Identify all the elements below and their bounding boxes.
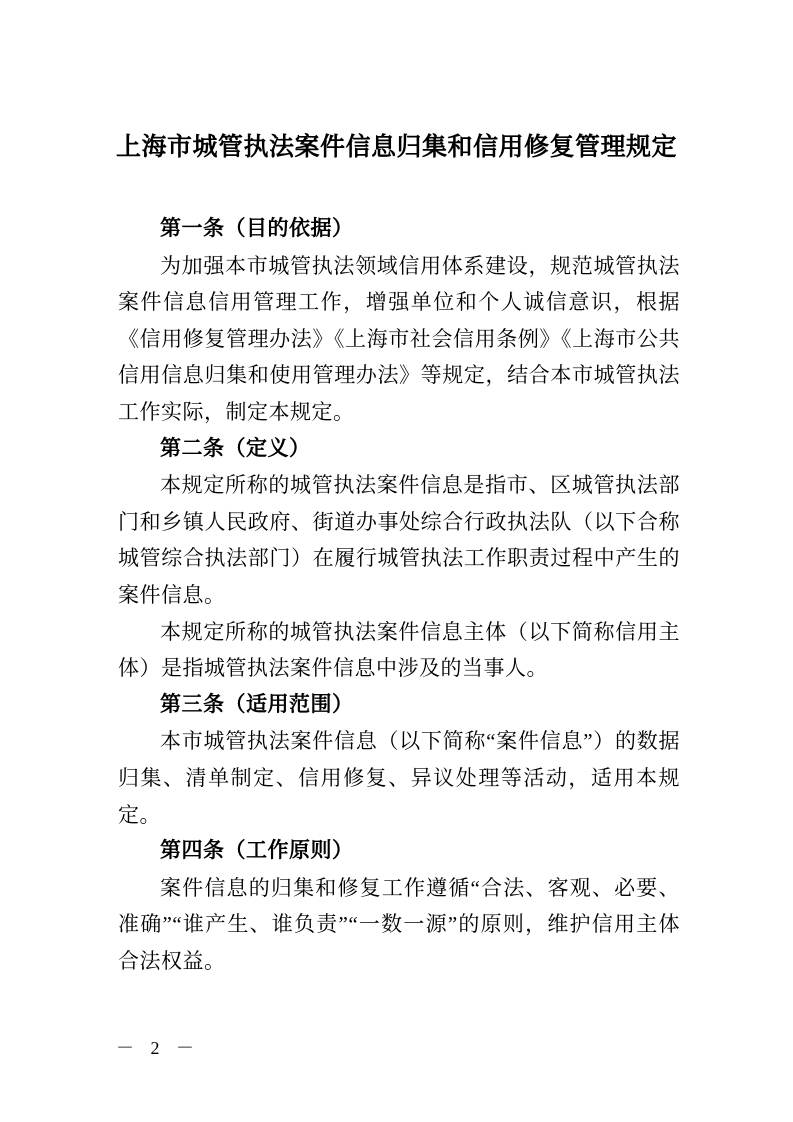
article-4-heading: 第四条（工作原则） — [118, 833, 680, 870]
document-title: 上海市城管执法案件信息归集和信用修复管理规定 — [0, 131, 793, 165]
article-3-paragraph: 本市城管执法案件信息（以下简称“案件信息”）的数据归集、清单制定、信用修复、异议… — [118, 723, 680, 833]
article-3-heading: 第三条（适用范围） — [118, 687, 680, 724]
article-1-heading: 第一条（目的依据） — [118, 211, 680, 248]
page-number: － 2 － — [116, 1036, 200, 1060]
article-1-paragraph: 为加强本市城管执法领域信用体系建设，规范城管执法案件信息信用管理工作，增强单位和… — [118, 248, 680, 431]
article-4-paragraph: 案件信息的归集和修复工作遵循“合法、客观、必要、准确”“谁产生、谁负责”“一数一… — [118, 870, 680, 980]
article-2-paragraph-2: 本规定所称的城管执法案件信息主体（以下简称信用主体）是指城管执法案件信息中涉及的… — [118, 614, 680, 687]
article-2-heading: 第二条（定义） — [118, 431, 680, 468]
document-page: 上海市城管执法案件信息归集和信用修复管理规定 第一条（目的依据） 为加强本市城管… — [0, 0, 793, 1122]
document-body: 第一条（目的依据） 为加强本市城管执法领域信用体系建设，规范城管执法案件信息信用… — [118, 211, 680, 979]
article-2-paragraph-1: 本规定所称的城管执法案件信息是指市、区城管执法部门和乡镇人民政府、街道办事处综合… — [118, 467, 680, 613]
